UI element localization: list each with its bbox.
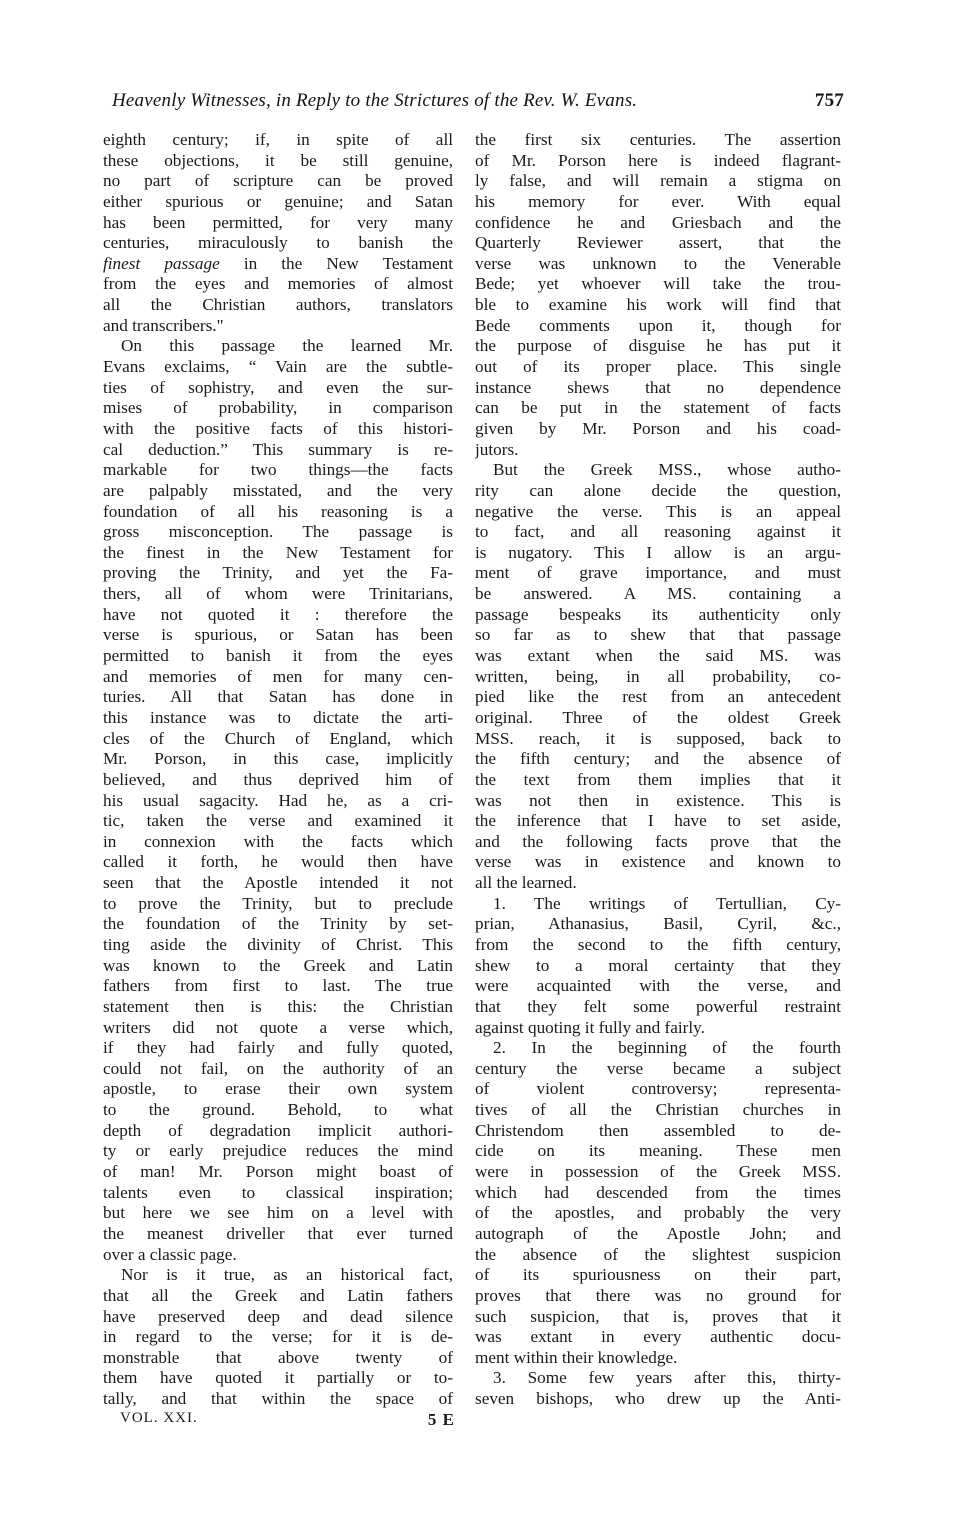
text-line: cles of the Church of England, which bbox=[103, 729, 453, 750]
text-line: in regard to the verse; for it is de- bbox=[103, 1327, 453, 1348]
numbered-point-2: 2. In the beginning of the fourth bbox=[475, 1038, 841, 1059]
signature-mark: 5 E bbox=[428, 1410, 455, 1430]
text-line: tives of all the Christian churches in bbox=[475, 1100, 841, 1121]
text-line: and the following facts prove that the bbox=[475, 832, 841, 853]
text-line: have preserved deep and dead silence bbox=[103, 1307, 453, 1328]
text-line: talents even to classical inspiration; bbox=[103, 1183, 453, 1204]
text-line: of man! Mr. Porson might boast of bbox=[103, 1162, 453, 1183]
text-line: can be put in the statement of facts bbox=[475, 398, 841, 419]
text-line: could not fail, on the authority of an bbox=[103, 1059, 453, 1080]
text-line: seen that the Apostle intended it not bbox=[103, 873, 453, 894]
text-line: century the verse became a subject bbox=[475, 1059, 841, 1080]
text-line: MSS. reach, it is supposed, back to bbox=[475, 729, 841, 750]
text-line: cal deduction.” This summary is re- bbox=[103, 440, 453, 461]
text-line: verse was unknown to the Venerable bbox=[475, 254, 841, 275]
text-line: foundation of all his reasoning is a bbox=[103, 502, 453, 523]
page-number: 757 bbox=[815, 90, 844, 112]
text-line: of violent controversy; representa- bbox=[475, 1079, 841, 1100]
text-line: verse is spurious, or Satan has been bbox=[103, 625, 453, 646]
text-line: were acquainted with the verse, and bbox=[475, 976, 841, 997]
text-line: centuries, miraculously to banish the bbox=[103, 233, 453, 254]
text-line: so far as to shew that that passage bbox=[475, 625, 841, 646]
text-line: ment within their knowledge. bbox=[475, 1348, 841, 1369]
text-line: the fifth century; and the absence of bbox=[475, 749, 841, 770]
text-line: jutors. bbox=[475, 440, 841, 461]
text-line: is nugatory. This I allow is an argu- bbox=[475, 543, 841, 564]
text-line: if they had fairly and fully quoted, bbox=[103, 1038, 453, 1059]
text-line: the meanest driveller that ever turned bbox=[103, 1224, 453, 1245]
text-line: pied like the rest from an antecedent bbox=[475, 687, 841, 708]
running-title: Heavenly Witnesses, in Reply to the Stri… bbox=[112, 90, 637, 112]
text-line: the text from them implies that it bbox=[475, 770, 841, 791]
text-line: which had descended from the times bbox=[475, 1183, 841, 1204]
text-line: original. Three of the oldest Greek bbox=[475, 708, 841, 729]
text-line: ties of sophistry, and even the sur- bbox=[103, 378, 453, 399]
text-line: and memories of men for many cen- bbox=[103, 667, 453, 688]
text-line: have not quoted it : therefore the bbox=[103, 605, 453, 626]
text-line: markable for two things—the facts bbox=[103, 460, 453, 481]
text-line: thers, all of whom were Trinitarians, bbox=[103, 584, 453, 605]
text-line: believed, and thus deprived him of bbox=[103, 770, 453, 791]
text-line: out of its proper place. This single bbox=[475, 357, 841, 378]
text-line: tic, taken the verse and examined it bbox=[103, 811, 453, 832]
text-line: his usual sagacity. Had he, as a cri- bbox=[103, 791, 453, 812]
text-line: gross misconception. The passage is bbox=[103, 522, 453, 543]
text-line: no part of scripture can be proved bbox=[103, 171, 453, 192]
text-line: cide on its meaning. These men bbox=[475, 1141, 841, 1162]
text-line: be answered. A MS. containing a bbox=[475, 584, 841, 605]
text-line: monstrable that above twenty of bbox=[103, 1348, 453, 1369]
text-line: proves that there was no ground for bbox=[475, 1286, 841, 1307]
text-line: to the ground. Behold, to what bbox=[103, 1100, 453, 1121]
text-line: against quoting it fully and fairly. bbox=[475, 1018, 841, 1039]
text-line: proving the Trinity, and yet the Fa- bbox=[103, 563, 453, 584]
text-line: turies. All that Satan has done in bbox=[103, 687, 453, 708]
text-line: over a classic page. bbox=[103, 1245, 453, 1266]
text-line: Mr. Porson, in this case, implicitly bbox=[103, 749, 453, 770]
text-line: seven bishops, who drew up the Anti- bbox=[475, 1389, 841, 1410]
running-header: Heavenly Witnesses, in Reply to the Stri… bbox=[112, 90, 844, 112]
text-line: in connexion with the facts which bbox=[103, 832, 453, 853]
text-line: ty or early prejudice reduces the mind bbox=[103, 1141, 453, 1162]
text-line: the finest in the New Testament for bbox=[103, 543, 453, 564]
text-line: ting aside the divinity of Christ. This bbox=[103, 935, 453, 956]
text-line: ble to examine his work will find that bbox=[475, 295, 841, 316]
text-line: to fact, and all reasoning against it bbox=[475, 522, 841, 543]
text-line: prian, Athanasius, Basil, Cyril, &c., bbox=[475, 914, 841, 935]
text-line: such suspicion, that is, proves that it bbox=[475, 1307, 841, 1328]
text-line: passage bespeaks its authenticity only bbox=[475, 605, 841, 626]
text-line: the first six centuries. The assertion bbox=[475, 130, 841, 151]
volume-label: VOL. XXI. bbox=[120, 1410, 198, 1430]
text-line: was extant in every authentic docu- bbox=[475, 1327, 841, 1348]
text-line: are palpably misstated, and the very bbox=[103, 481, 453, 502]
text-line: was known to the Greek and Latin bbox=[103, 956, 453, 977]
text-line: ment of grave importance, and must bbox=[475, 563, 841, 584]
paragraph-start: On this passage the learned Mr. bbox=[103, 336, 453, 357]
text-line: called it forth, he would then have bbox=[103, 852, 453, 873]
text-line: them have quoted it partially or to- bbox=[103, 1368, 453, 1389]
numbered-point-3: 3. Some few years after this, thirty- bbox=[475, 1368, 841, 1389]
text-line: Bede comments upon it, though for bbox=[475, 316, 841, 337]
text-line: given by Mr. Porson and his coad- bbox=[475, 419, 841, 440]
text-line: confidence he and Griesbach and the bbox=[475, 213, 841, 234]
text-line: ly false, and will remain a stigma on bbox=[475, 171, 841, 192]
text-line: fathers from first to last. The true bbox=[103, 976, 453, 997]
text-line: has been permitted, for very many bbox=[103, 213, 453, 234]
text-line: mises of probability, in comparison bbox=[103, 398, 453, 419]
text-line: that they felt some powerful restraint bbox=[475, 997, 841, 1018]
text-line: autograph of the Apostle John; and bbox=[475, 1224, 841, 1245]
text-line: all the Christian authors, translators bbox=[103, 295, 453, 316]
text-line: from the second to the fifth century, bbox=[475, 935, 841, 956]
text-line: Evans exclaims, “ Vain are the subtle- bbox=[103, 357, 453, 378]
text-line: all the learned. bbox=[475, 873, 841, 894]
text-line: negative the verse. This is an appeal bbox=[475, 502, 841, 523]
text-line: to prove the Trinity, but to preclude bbox=[103, 894, 453, 915]
numbered-point-1: 1. The writings of Tertullian, Cy- bbox=[475, 894, 841, 915]
text-line: of the apostles, and probably the very bbox=[475, 1203, 841, 1224]
paragraph-start: But the Greek MSS., whose autho- bbox=[475, 460, 841, 481]
text-line: but here we see him on a level with bbox=[103, 1203, 453, 1224]
italic-emphasis: finest passage bbox=[103, 254, 220, 273]
text-line: that all the Greek and Latin fathers bbox=[103, 1286, 453, 1307]
text-line: statement then is this: the Christian bbox=[103, 997, 453, 1018]
document-page: Heavenly Witnesses, in Reply to the Stri… bbox=[0, 0, 967, 1525]
text-line: verse was in existence and known to bbox=[475, 852, 841, 873]
text-line: rity can alone decide the question, bbox=[475, 481, 841, 502]
text-line: instance shews that no dependence bbox=[475, 378, 841, 399]
text-line: the absence of the slightest suspicion bbox=[475, 1245, 841, 1266]
text-line: were in possession of the Greek MSS. bbox=[475, 1162, 841, 1183]
text-line: was extant when the said MS. was bbox=[475, 646, 841, 667]
text-line: permitted to banish it from the eyes bbox=[103, 646, 453, 667]
text-line: and transcribers." bbox=[103, 316, 453, 337]
text-line: apostle, to erase their own system bbox=[103, 1079, 453, 1100]
text-line-emphasis: finest passage in the New Testament bbox=[103, 254, 453, 275]
text-line: the inference that I have to set aside, bbox=[475, 811, 841, 832]
text-line: tally, and that within the space of bbox=[103, 1389, 453, 1410]
paragraph-start: Nor is it true, as an historical fact, bbox=[103, 1265, 453, 1286]
right-column: the first six centuries. The assertion o… bbox=[475, 130, 841, 1410]
text-line: his memory for ever. With equal bbox=[475, 192, 841, 213]
text-line: Bede; yet whoever will take the trou- bbox=[475, 274, 841, 295]
left-column: eighth century; if, in spite of all thes… bbox=[103, 130, 453, 1410]
page-footer: VOL. XXI. 5 E bbox=[120, 1410, 455, 1430]
text-line: was not then in existence. This is bbox=[475, 791, 841, 812]
text-line: of Mr. Porson here is indeed flagrant- bbox=[475, 151, 841, 172]
text-line: with the positive facts of this histori- bbox=[103, 419, 453, 440]
text-line: depth of degradation implicit authori- bbox=[103, 1121, 453, 1142]
text-line: these objections, it be still genuine, bbox=[103, 151, 453, 172]
text-line: the purpose of disguise he has put it bbox=[475, 336, 841, 357]
text-line: eighth century; if, in spite of all bbox=[103, 130, 453, 151]
text-line: of its spuriousness on their part, bbox=[475, 1265, 841, 1286]
text-line: shew to a moral certainty that they bbox=[475, 956, 841, 977]
text-line: either spurious or genuine; and Satan bbox=[103, 192, 453, 213]
text-line: Christendom then assembled to de- bbox=[475, 1121, 841, 1142]
text-line: from the eyes and memories of almost bbox=[103, 274, 453, 295]
text-line: this instance was to dictate the arti- bbox=[103, 708, 453, 729]
text-line: writers did not quote a verse which, bbox=[103, 1018, 453, 1039]
text-line: written, being, in all probability, co- bbox=[475, 667, 841, 688]
text-line: Quarterly Reviewer assert, that the bbox=[475, 233, 841, 254]
text-line: the foundation of the Trinity by set- bbox=[103, 914, 453, 935]
